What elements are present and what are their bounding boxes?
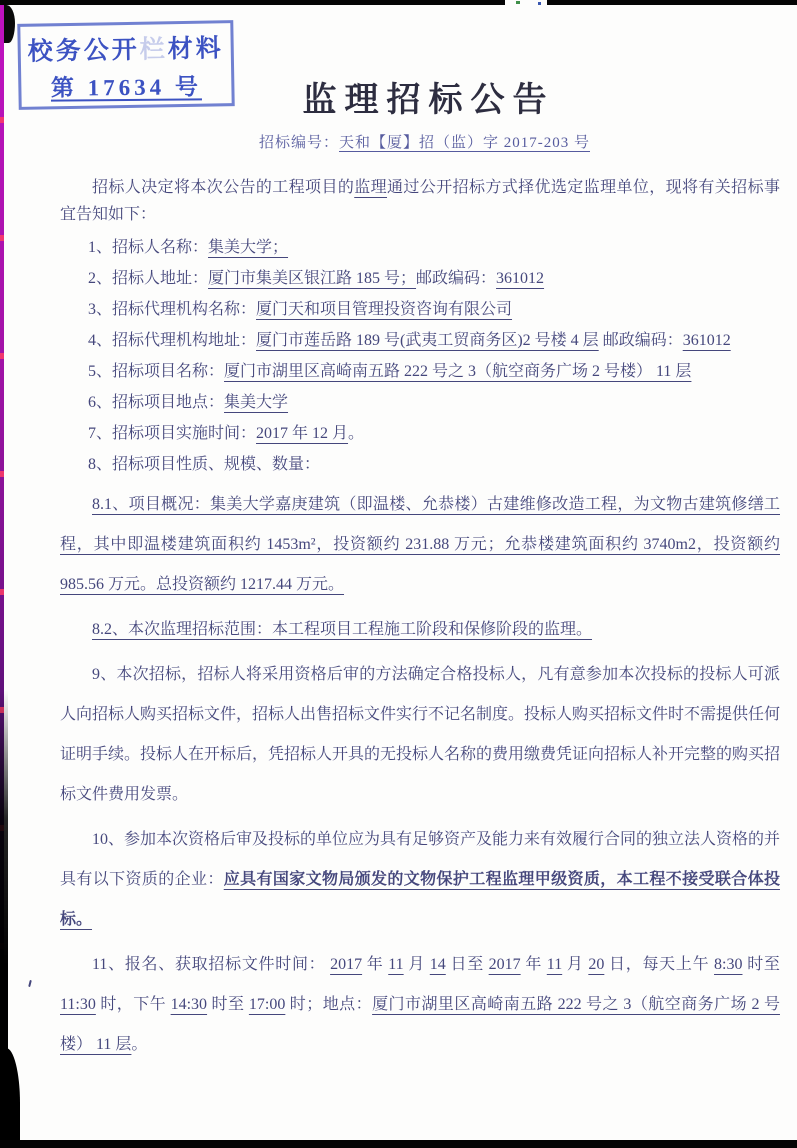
- scan-artifact-top-edge: [0, 0, 797, 5]
- text-segment: 时至: [207, 996, 249, 1013]
- text-segment: 集美大学: [224, 394, 288, 411]
- stamp-text-line1: 校务公开栏材料: [20, 28, 231, 68]
- text-segment: 8、招标项目性质、规模、数量：: [88, 456, 320, 473]
- paragraph: 5、招标项目名称：厦门市湖里区高崎南五路 222 号之 3（航空商务广场 2 号…: [60, 356, 780, 387]
- text-segment: 11: [388, 956, 403, 973]
- scanned-document-page: 校务公开栏材料 第 17634 号 监理招标公告 招标编号：天和【厦】招（监）字…: [0, 0, 797, 1148]
- paragraph: 7、招标项目实施时间：2017 年 12 月。: [60, 418, 780, 449]
- bid-number-line: 招标编号：天和【厦】招（监）字 2017-203 号: [0, 131, 797, 152]
- paragraph: 11、报名、获取招标文件时间： 2017 年 11 月 14 日至 2017 年…: [60, 945, 780, 1065]
- text-segment: 邮政编码：: [599, 332, 683, 349]
- text-segment: 厦门天和项目管理投资咨询有限公司: [256, 301, 512, 318]
- text-segment: 20: [588, 956, 604, 973]
- text-segment: 。: [131, 1036, 147, 1053]
- paragraph: 4、招标代理机构地址：厦门市莲岳路 189 号(武夷工贸商务区)2 号楼 4 层…: [60, 325, 780, 356]
- text-segment: 5、招标项目名称：: [88, 363, 224, 380]
- text-segment: 17:00: [249, 996, 285, 1013]
- paragraph: 2、招标人地址：厦门市集美区银江路 185 号；邮政编码：361012: [60, 263, 780, 294]
- text-segment: 日至: [446, 956, 489, 973]
- scan-artifact-speck: [538, 2, 541, 5]
- text-segment: 。: [348, 425, 364, 442]
- text-segment: 8:30: [714, 956, 742, 973]
- text-segment: 3、招标代理机构名称：: [88, 301, 256, 318]
- text-segment: 厦门市集美区银江路 185 号；: [208, 270, 416, 287]
- text-segment: 邮政编码：: [416, 270, 496, 287]
- stamp-serial-number: 第 17634 号: [21, 68, 231, 103]
- text-segment: 时；地点：: [285, 996, 372, 1013]
- paragraph: 8.1、项目概况：集美大学嘉庚建筑（即温楼、允恭楼）古建维修改造工程，为文物古建…: [60, 485, 780, 605]
- bid-number-label: 招标编号：: [259, 135, 339, 151]
- text-segment: 361012: [683, 332, 731, 349]
- scan-artifact-speck: [516, 1, 520, 4]
- text-segment: 日，每天上午: [604, 956, 714, 973]
- text-segment: 11: [547, 956, 562, 973]
- text-segment: 8.2、本次监理招标范围：本工程项目工程施工阶段和保修阶段的监理。: [92, 621, 592, 638]
- registry-stamp: 校务公开栏材料 第 17634 号: [17, 20, 234, 110]
- text-segment: 2017: [489, 956, 521, 973]
- text-segment: 时，下午: [96, 996, 171, 1013]
- paragraph: 8、招标项目性质、规模、数量：: [60, 449, 780, 480]
- paragraph: 3、招标代理机构名称：厦门天和项目管理投资咨询有限公司: [60, 294, 780, 325]
- paragraph: 9、本次招标，招标人将采用资格后审的方法确定合格投标人，凡有意参加本次投标的投标…: [60, 655, 780, 815]
- text-segment: 11、报名、获取招标文件时间：: [92, 956, 330, 973]
- paragraph: 10、参加本次资格后审及投标的单位应为具有足够资产及能力来有效履行合同的独立法人…: [60, 820, 780, 940]
- text-segment: 厦门市莲岳路 189 号(武夷工贸商务区)2 号楼 4 层: [256, 332, 599, 349]
- text-segment: 8.1、项目概况：集美大学嘉庚建筑（即温楼、允恭楼）古建维修改造工程，为文物古建…: [60, 496, 780, 593]
- text-segment: 1、招标人名称：: [88, 239, 208, 256]
- text-segment: 招标人决定将本次公告的工程项目的: [92, 179, 354, 196]
- paragraph: 招标人决定将本次公告的工程项目的监理通过公开招标方式择优选定监理单位，现将有关招…: [60, 174, 780, 228]
- text-segment: 361012: [496, 270, 544, 287]
- document-body: 招标人决定将本次公告的工程项目的监理通过公开招标方式择优选定监理单位，现将有关招…: [0, 174, 797, 1065]
- text-segment: 9、本次招标，招标人将采用资格后审的方法确定合格投标人，凡有意参加本次投标的投标…: [60, 666, 780, 803]
- paragraph: 8.2、本次监理招标范围：本工程项目工程施工阶段和保修阶段的监理。: [60, 610, 780, 650]
- text-segment: 2017: [330, 956, 362, 973]
- text-segment: 2、招标人地址：: [88, 270, 208, 287]
- text-segment: 集美大学；: [208, 239, 288, 256]
- text-segment: 14: [430, 956, 446, 973]
- stamp-text-segment: 校务公开: [27, 37, 139, 66]
- text-segment: 11:30: [60, 996, 96, 1013]
- text-segment: 年: [362, 956, 388, 973]
- paragraph: 1、招标人名称：集美大学；: [60, 232, 780, 263]
- text-segment: 6、招标项目地点：: [88, 394, 224, 411]
- text-segment: 7、招标项目实施时间：: [88, 425, 256, 442]
- text-segment: 监理: [354, 179, 387, 196]
- text-segment: 4、招标代理机构地址：: [88, 332, 256, 349]
- text-segment: 厦门市湖里区高崎南五路 222 号之 3（航空商务广场 2 号楼） 11 层: [224, 363, 691, 380]
- text-segment: 14:30: [171, 996, 207, 1013]
- stamp-text-segment: 材料: [168, 35, 224, 63]
- text-segment: 年: [521, 956, 547, 973]
- scan-artifact-bottom-edge: [0, 1140, 797, 1148]
- text-segment: 2017 年 12 月: [256, 425, 348, 442]
- text-segment: 月: [404, 956, 430, 973]
- text-segment: 月: [562, 956, 588, 973]
- stamp-text-segment-faded: 栏: [139, 36, 167, 63]
- paragraph: 6、招标项目地点：集美大学: [60, 387, 780, 418]
- text-segment: 时至: [742, 956, 779, 973]
- bid-number-value: 天和【厦】招（监）字 2017-203 号: [339, 135, 590, 151]
